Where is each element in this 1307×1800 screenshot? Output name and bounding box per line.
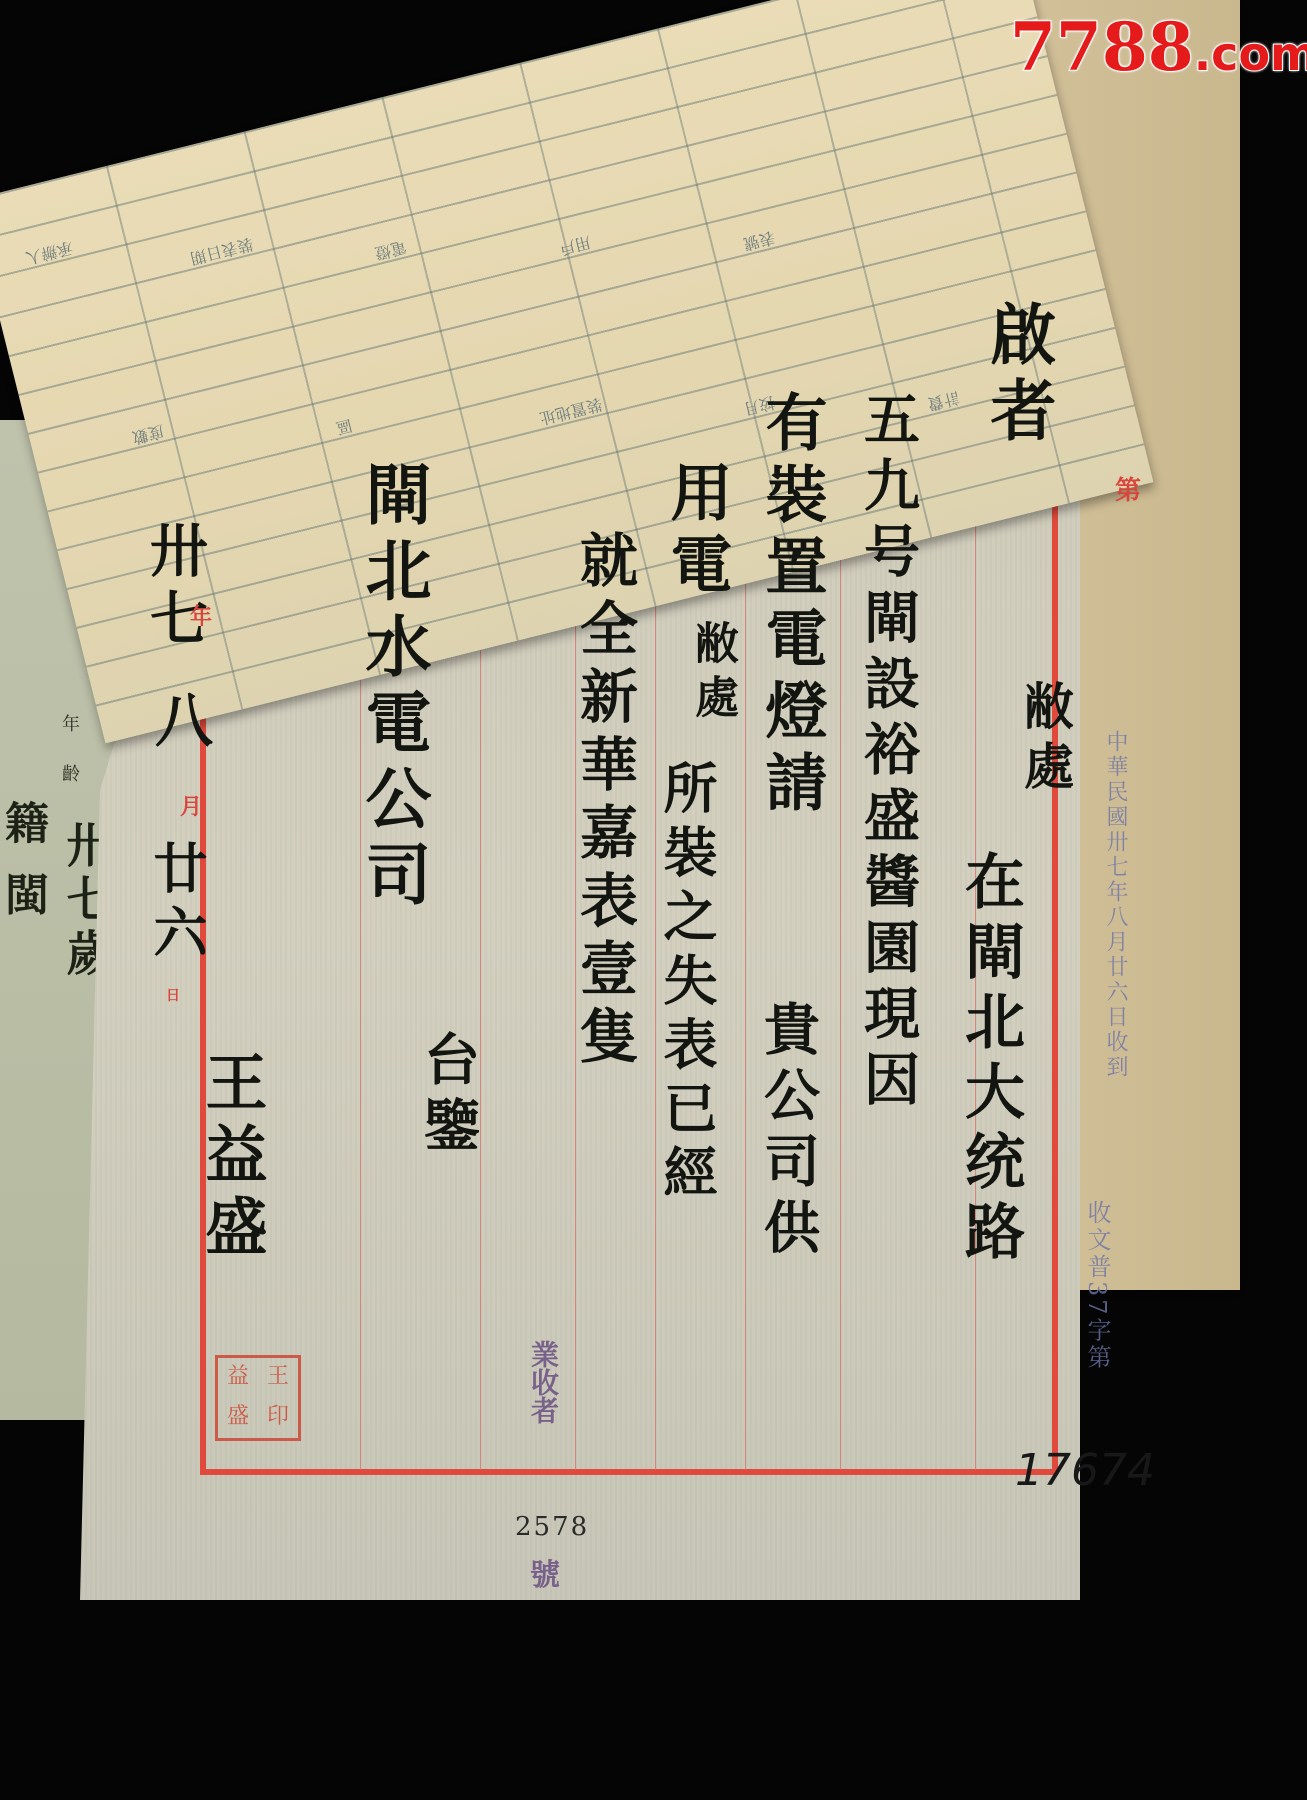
purple-note-stamp: 業收者 [523, 1340, 563, 1424]
date-month: 八 [150, 690, 208, 758]
signature: 王益盛 [200, 1050, 262, 1266]
watermark-main: 7788 [1010, 8, 1194, 86]
printed-number: 2578 [515, 1512, 589, 1542]
watermark-suffix: .com [1194, 27, 1307, 81]
letter-col-6b: 台鑒 [420, 1030, 476, 1162]
seal-char: 盛 [218, 1398, 258, 1438]
date-day: 廿六 [150, 840, 204, 968]
letter-col-4: 用電 [665, 460, 727, 604]
received-date-stamp: 中華民國卅七年八月廿六日收到 [1100, 730, 1131, 1080]
site-watermark: 7788.com [1010, 8, 1307, 86]
letter-col-5: 就全新華嘉表壹隻 [575, 530, 633, 1074]
letter-col-4b: 敝處 [690, 620, 734, 728]
date-year: 卅七 [145, 520, 203, 656]
handwritten-number: 17674 [1015, 1445, 1155, 1496]
age-label-2: 齡 [62, 760, 80, 786]
red-di-mark: 第 [1115, 470, 1141, 507]
left-partial-text: 籍 閩 [0, 800, 54, 921]
letter-col-3: 有裝置電燈請 [760, 390, 822, 822]
seal-char: 印 [258, 1398, 298, 1438]
age-label-1: 年 [62, 710, 80, 736]
letter-col-6: 閘北水電公司 [360, 460, 426, 916]
purple-hao-stamp: 號 [530, 1550, 560, 1594]
red-day-mark: 日 [166, 985, 180, 1005]
red-year-mark: 年 [190, 600, 212, 631]
letter-col-1-right: 在閘北大统路 [960, 850, 1020, 1270]
letter-col-2: 五九号閘設裕盛醬園現因 [860, 390, 916, 1116]
letter-col-3b: 貴公司供 [760, 1000, 816, 1264]
red-month-mark: 月 [180, 790, 202, 821]
signature-seal: 益 王 盛 印 [215, 1355, 301, 1441]
letter-col-1-top: 啟者 [985, 300, 1051, 452]
letter-col-1-bottom: 敝處 [1020, 680, 1070, 800]
letter-col-4c: 所裝之失表已經 [660, 760, 714, 1208]
seal-char: 王 [258, 1358, 298, 1398]
file-number-stamp: 收文普37字第 [1080, 1200, 1115, 1372]
seal-char: 益 [218, 1358, 258, 1398]
